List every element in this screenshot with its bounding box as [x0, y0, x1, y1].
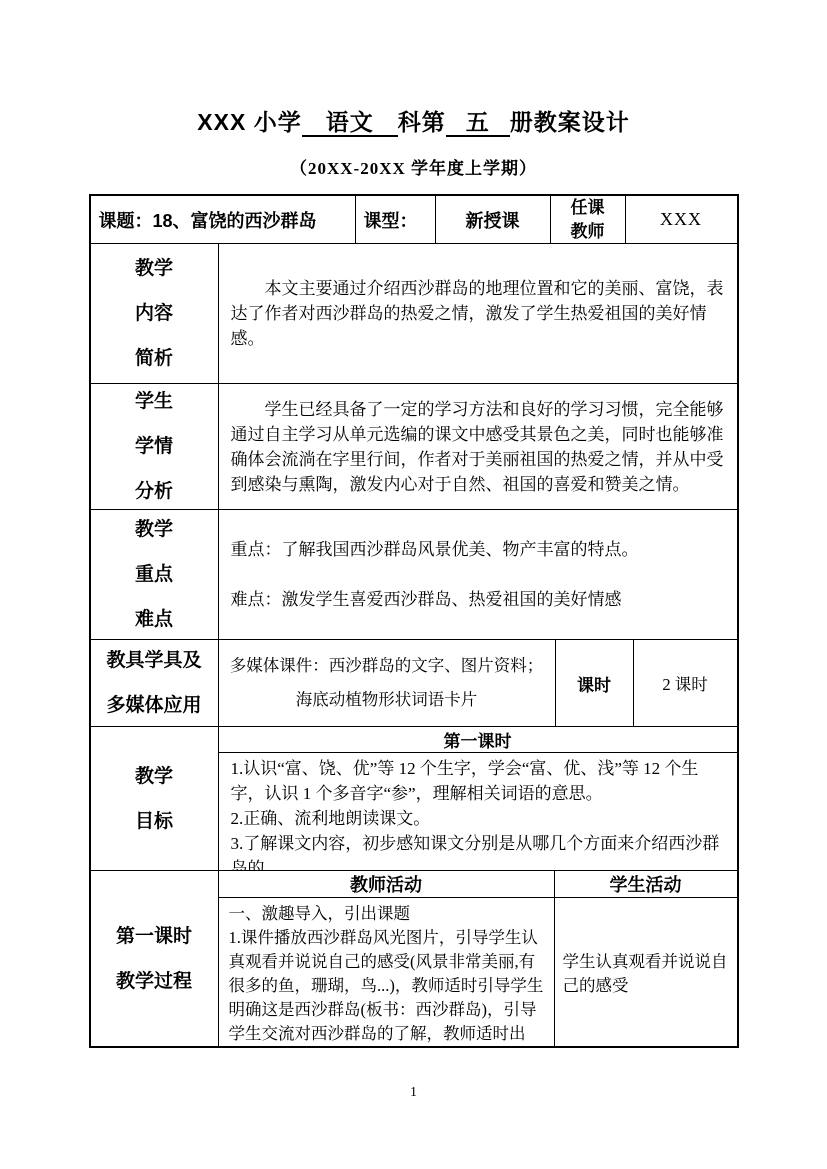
title-blank-volume: 五	[446, 109, 510, 137]
teacher-role-label: 任课 教师	[551, 196, 626, 243]
student-activity-header: 学生活动	[555, 871, 737, 897]
class-hours-value: 2 课时	[634, 640, 737, 726]
page-number: 1	[0, 1085, 827, 1101]
document-page: XXX 小学语文科第五册教案设计 （20XX-20XX 学年度上学期） 课题：1…	[0, 0, 827, 1169]
teacher-activity-header: 教师活动	[219, 871, 555, 897]
student-analysis-label: 学生 学情 分析	[91, 384, 219, 509]
title-part-2: 科第	[398, 109, 446, 135]
activity-header-row: 教师活动 学生活动	[219, 871, 737, 898]
page-title: XXX 小学语文科第五册教案设计	[0, 0, 827, 137]
objectives-text: 1.认识“富、饶、优”等 12 个生字，学会“富、优、浅”等 12 个生字，认识…	[219, 753, 737, 870]
lesson-type-value: 新授课	[436, 196, 551, 243]
student-analysis-cell: 学生已经具备了一定的学习方法和良好的学习习惯，完全能够通过自主学习从单元选编的课…	[219, 384, 737, 509]
key-points-text: 重点：了解我国西沙群岛风景优美、物产丰富的特点。 难点：激发学生喜爱西沙群岛、热…	[231, 537, 639, 612]
table-row-student-analysis: 学生 学情 分析 学生已经具备了一定的学习方法和良好的学习习惯，完全能够通过自主…	[91, 384, 737, 510]
teacher-name-value: XXX	[626, 196, 737, 243]
session-header: 第一课时	[219, 727, 737, 753]
lesson-type-label: 课型：	[356, 196, 436, 243]
key-points-label: 教学 重点 难点	[91, 510, 219, 639]
teaching-aids-text: 多媒体课件：西沙群岛的文字、图片资料； 海底动植物形状词语卡片	[219, 649, 555, 717]
table-row-content-summary: 教学 内容 简析 本文主要通过介绍西沙群岛的地理位置和它的美丽、富饶，表达了作者…	[91, 244, 737, 384]
objectives-right-section: 第一课时 1.认识“富、饶、优”等 12 个生字，学会“富、优、浅”等 12 个…	[219, 727, 737, 870]
content-summary-text: 本文主要通过介绍西沙群岛的地理位置和它的美丽、富饶，表达了作者对西沙群岛的热爱之…	[231, 276, 727, 351]
teaching-aids-label: 教具学具及 多媒体应用	[91, 640, 219, 726]
title-part-1: XXX 小学	[197, 109, 301, 135]
table-row-process: 第一课时 教学过程 教师活动 学生活动 一、激趣导入，引出课题 1.课件播放西沙…	[91, 871, 737, 1046]
content-summary-cell: 本文主要通过介绍西沙群岛的地理位置和它的美丽、富饶，表达了作者对西沙群岛的热爱之…	[219, 244, 737, 383]
class-hours-label: 课时	[556, 640, 634, 726]
table-row-objectives: 教学 目标 第一课时 1.认识“富、饶、优”等 12 个生字，学会“富、优、浅”…	[91, 727, 737, 871]
objectives-label: 教学 目标	[91, 727, 219, 870]
process-right-section: 教师活动 学生活动 一、激趣导入，引出课题 1.课件播放西沙群岛风光图片，引导学…	[219, 871, 737, 1046]
teacher-activity-text: 一、激趣导入，引出课题 1.课件播放西沙群岛风光图片，引导学生认真观看并说说自己…	[219, 898, 555, 1046]
student-analysis-text: 学生已经具备了一定的学习方法和良好的学习习惯，完全能够通过自主学习从单元选编的课…	[231, 397, 727, 497]
key-points-cell: 重点：了解我国西沙群岛风景优美、物产丰富的特点。 难点：激发学生喜爱西沙群岛、热…	[219, 510, 737, 639]
title-part-3: 册教案设计	[510, 109, 630, 135]
table-row-key-points: 教学 重点 难点 重点：了解我国西沙群岛风景优美、物产丰富的特点。 难点：激发学…	[91, 510, 737, 640]
table-row-header: 课题：18、富饶的西沙群岛 课型： 新授课 任课 教师 XXX	[91, 196, 737, 244]
page-subtitle: （20XX-20XX 学年度上学期）	[0, 154, 827, 179]
lesson-plan-table: 课题：18、富饶的西沙群岛 课型： 新授课 任课 教师 XXX 教学 内容 简析…	[89, 194, 739, 1048]
title-blank-subject: 语文	[302, 109, 398, 137]
student-activity-text: 学生认真观看并说说自己的感受	[555, 898, 737, 1046]
teaching-aids-cell: 多媒体课件：西沙群岛的文字、图片资料； 海底动植物形状词语卡片	[219, 640, 556, 726]
process-label: 第一课时 教学过程	[91, 871, 219, 1046]
content-summary-label: 教学 内容 简析	[91, 244, 219, 383]
activity-body-row: 一、激趣导入，引出课题 1.课件播放西沙群岛风光图片，引导学生认真观看并说说自己…	[219, 898, 737, 1046]
table-row-teaching-aids: 教具学具及 多媒体应用 多媒体课件：西沙群岛的文字、图片资料； 海底动植物形状词…	[91, 640, 737, 727]
topic-cell: 课题：18、富饶的西沙群岛	[91, 196, 356, 243]
